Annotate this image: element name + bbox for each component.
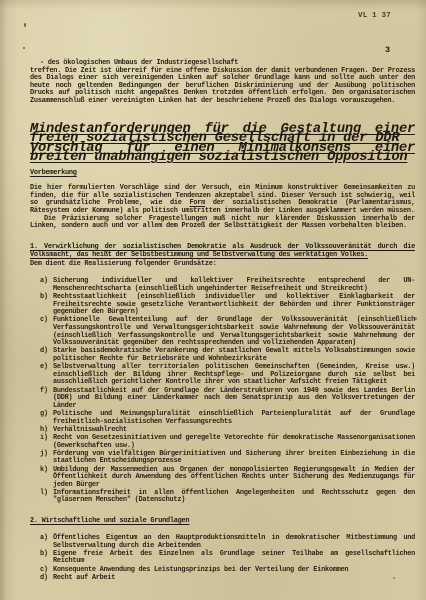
- list-item-text: Umbildung der Massenmedien aus Organen d…: [53, 466, 415, 489]
- list-item-label: c): [40, 317, 48, 325]
- document-body: - des ökologischen Umbaus der Industrieg…: [30, 60, 415, 583]
- list-item-label: e): [40, 364, 48, 372]
- ink-speck: [24, 23, 26, 27]
- document-title: Mindestanforderungen für die Gestaltung …: [30, 125, 415, 163]
- list-item-label: a): [40, 535, 48, 543]
- list-item: d)Recht auf Arbeit: [40, 575, 415, 583]
- list-item-label: i): [40, 435, 48, 443]
- section1-principles-list: a)Sicherung individueller und kollektive…: [40, 278, 415, 505]
- list-item: k)Umbildung der Massenmedien aus Organen…: [40, 467, 415, 490]
- list-item: a)Öffentliches Eigentum an den Hauptprod…: [40, 535, 415, 550]
- list-item: b)Rechtsstaatlichkeit (einschließlich in…: [40, 294, 415, 317]
- preface-heading: Vorbemerkung: [30, 170, 415, 178]
- list-item-text: Informationsfreiheit in allen öffentlich…: [53, 489, 415, 505]
- list-item: f)Bundesstaatlichkeit auf der Grundlage …: [40, 388, 415, 411]
- section1-heading: 1. Verwirklichung der sozialistischen De…: [30, 243, 415, 259]
- list-item: c)Funktionelle Gewaltenteilung auf der G…: [40, 317, 415, 347]
- list-item: d)Starke basisdemokratische Verankerung …: [40, 348, 415, 363]
- list-item-label: g): [40, 411, 48, 419]
- list-item-label: b): [40, 294, 48, 302]
- list-item-text: Öffentliches Eigentum an den Hauptproduk…: [53, 534, 415, 550]
- ink-speck: [23, 47, 25, 49]
- list-item-text: Recht auf Arbeit: [53, 574, 115, 582]
- preface-paragraph-2: Die Präzisierung solcher Fragestellungen…: [30, 216, 415, 231]
- page-number: 3: [385, 45, 390, 55]
- list-item-text: Funktionelle Gewaltenteilung auf der Gru…: [53, 316, 415, 347]
- list-item-text: Politische und Meinungspluralität einsch…: [53, 410, 415, 426]
- list-item: e)Selbstverwaltung aller territorialen p…: [40, 364, 415, 387]
- list-item-text: Rechtsstaatlichkeit (einschließlich indi…: [53, 293, 415, 316]
- list-item-text: Recht von Gesetzesinitiativen und gerege…: [53, 434, 415, 450]
- list-item-text: Eigene freie Arbeit des Einzelnen als Gr…: [53, 550, 415, 566]
- list-item-label: a): [40, 278, 48, 286]
- list-item-text: Starke basisdemokratische Verankerung de…: [53, 347, 415, 363]
- list-item-text: Sicherung individueller und kollektiver …: [53, 277, 415, 293]
- list-item-text: Förderung von vielfältigen Bürgerinitiat…: [53, 450, 415, 466]
- list-item: b)Eigene freie Arbeit des Einzelnen als …: [40, 551, 415, 566]
- list-item-label: b): [40, 551, 48, 559]
- list-item-label: l): [40, 490, 48, 498]
- scanned-document-page: { "colors":{ "paper":"#d6cba3", "ink":"#…: [0, 0, 426, 600]
- list-item: i)Recht von Gesetzesinitiativen und gere…: [40, 435, 415, 450]
- list-item-label: k): [40, 467, 48, 475]
- list-item-text: Bundesstaatlichkeit auf der Grundlage de…: [53, 387, 415, 410]
- section2-principles-list: a)Öffentliches Eigentum an den Hauptprod…: [40, 535, 415, 582]
- section2-heading: 2. Wirtschaftliche und soziale Grundlage…: [30, 517, 415, 525]
- title-line-2: Vorschlag für einen Minimalkonsens einer…: [30, 144, 415, 163]
- list-item-label: d): [40, 348, 48, 356]
- list-item-text: Verhältniswahlrecht: [53, 426, 127, 434]
- list-item-text: Selbstverwaltung aller territorialen pol…: [53, 363, 415, 386]
- list-item: a)Sicherung individueller und kollektive…: [40, 278, 415, 293]
- document-reference-code: VL 1 37: [358, 12, 391, 20]
- list-item: l)Informationsfreiheit in allen öffentli…: [40, 490, 415, 505]
- preface-paragraph-1: Die hier formulierten Vorschläge sind de…: [30, 185, 415, 215]
- list-item-label: d): [40, 575, 48, 583]
- list-item-text: Konsequente Anwendung des Leistungsprinz…: [53, 566, 348, 574]
- list-item: g)Politische und Meinungspluralität eins…: [40, 411, 415, 426]
- list-item: j)Förderung von vielfältigen Bürgeriniti…: [40, 451, 415, 466]
- intro-paragraph: treffen. Die Zeit ist überreif für eine …: [30, 68, 415, 106]
- list-item-label: f): [40, 388, 48, 396]
- section1-intro-line: Dem dient die Realisierung folgender Gru…: [30, 261, 415, 269]
- list-item-label: j): [40, 451, 48, 459]
